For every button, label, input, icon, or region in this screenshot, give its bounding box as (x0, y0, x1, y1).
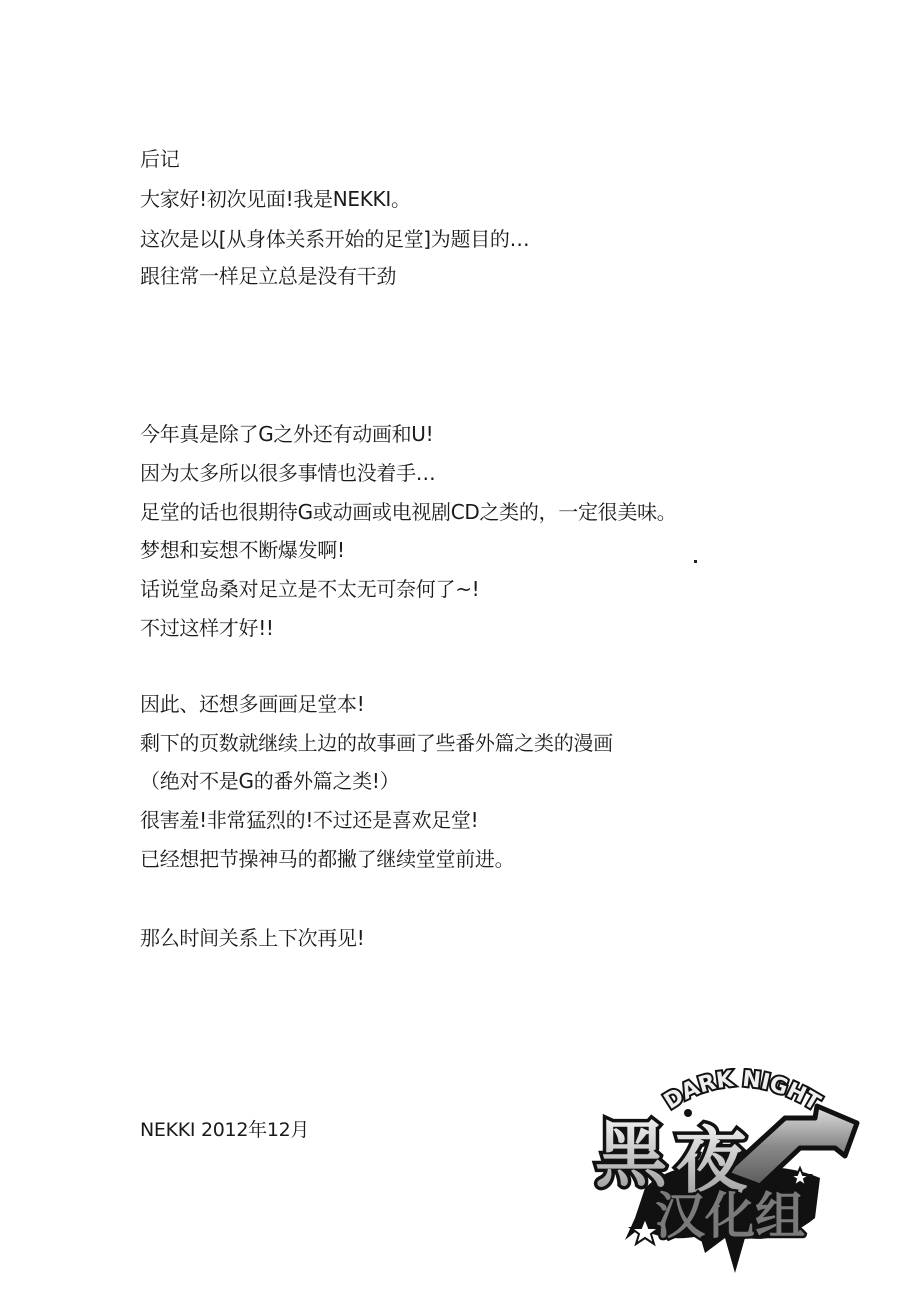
afterword-page: 后记 大家好!初次见面!我是NEKKI。 这次是以[从身体关系开始的足堂]为题目… (0, 0, 900, 1300)
stray-dot (694, 560, 697, 563)
dark-night-logo: DARK NIGHT 黑 夜 汉化组 (585, 1068, 875, 1288)
text-line: 足堂的话也很期待G或动画或电视剧CD之类的，一定很美味。 (140, 500, 676, 524)
svg-text:汉化组: 汉化组 (655, 1187, 805, 1245)
text-line: 话说堂岛桑对足立是不太无可奈何了~! (140, 577, 479, 601)
text-line: 很害羞!非常猛烈的!不过还是喜欢足堂! (140, 808, 478, 832)
text-line: 剩下的页数就继续上边的故事画了些番外篇之类的漫画 (140, 731, 613, 755)
text-line: 今年真是除了G之外还有动画和U! (140, 422, 433, 446)
text-line: （绝对不是G的番外篇之类!） (140, 769, 399, 793)
text-line: 跟往常一样足立总是没有干劲 (140, 264, 396, 288)
signature: NEKKI 2012年12月 (140, 1118, 309, 1142)
text-line: 梦想和妄想不断爆发啊! (140, 538, 345, 562)
svg-text:黑: 黑 (595, 1113, 668, 1197)
svg-text:DARK NIGHT: DARK NIGHT (660, 1068, 825, 1116)
text-line: 那么时间关系上下次再见! (140, 926, 364, 950)
text-line: 不过这样才好!! (140, 616, 274, 640)
text-line: 大家好!初次见面!我是NEKKI。 (140, 187, 411, 211)
text-line: 因为太多所以很多事情也没着手… (140, 461, 436, 485)
afterword-title: 后记 (140, 147, 179, 171)
text-line: 这次是以[从身体关系开始的足堂]为题目的… (140, 227, 529, 251)
text-line: 已经想把节操神马的都撇了继续堂堂前进。 (140, 847, 514, 871)
text-line: 因此、还想多画画足堂本! (140, 692, 364, 716)
